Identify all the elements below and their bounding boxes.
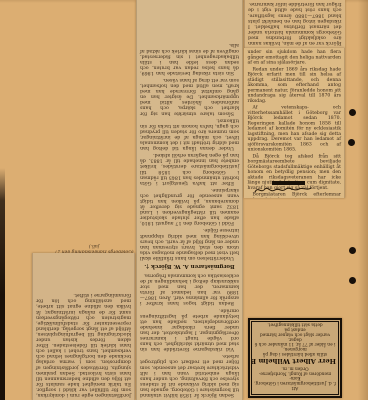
- notice-line: varder slägt och vänner härmed endast på: [254, 327, 336, 337]
- paragraph: Vid riksdagarne företrädde han sin stad …: [140, 308, 239, 352]
- paragraph: Björck var en af de män, hvilkas namn är…: [248, 2, 342, 46]
- ink-dot: [349, 109, 356, 116]
- scrapbook-page: Sedan Björck år 1858 blifvit utnämnd til…: [0, 0, 368, 400]
- death-notice-box: Att f. d. Justitieborgmästaren i Götebor…: [248, 318, 342, 398]
- paragraph: Redan tidigt togos hans krafter i ansprå…: [140, 273, 239, 306]
- clipping-left-column: Jordfästningen egde rum i domkyrkan, som…: [32, 253, 135, 400]
- paragraph: Under denna långa tid deltog han med ald…: [140, 118, 239, 151]
- paragraph: Född i Göteborg den 17 augusti 1810, afl…: [140, 187, 239, 226]
- death-notice-inner-frame: Att f. d. Justitieborgmästaren i Götebor…: [251, 321, 339, 395]
- notice-line: detta sätt tillkännagifvet.: [254, 322, 336, 327]
- notice-line: mendören af Kungl. Nordstjerne-Orden m. …: [254, 366, 336, 376]
- notice-line: Göteborg den 24 Juli 1888.: [254, 321, 336, 322]
- paragraph: Sin sista riksdag bevistade han 1869, då…: [140, 43, 239, 76]
- notice-line: f. d. Justitieborgmästaren i Göteborg, K…: [254, 375, 336, 385]
- paragraph: Af vetenskaps- och vitterhetssamhället i…: [248, 105, 342, 152]
- deceased-name: Herr Albert Wilhelm Björck: [254, 357, 336, 365]
- clipping-middle-column: Sedan Björck år 1858 blifvit utnämnd til…: [136, 0, 243, 400]
- clipping-obituary-text: under sin sjukdom hade han flera gånger …: [244, 48, 345, 198]
- rotated-wrapper: Att f. d. Justitieborgmästaren i Götebor…: [252, 322, 338, 394]
- article-heading: Borgmästaren A. W. Björck †.: [140, 263, 239, 269]
- paragraph: Jordfästningen egde rum i domkyrkan, som…: [36, 293, 131, 398]
- clipping-left-text: Jordfästningen egde rum i domkyrkan, som…: [32, 253, 135, 400]
- clipping-right-top-text: Björck var en af de män, hvilkas namn är…: [244, 0, 345, 48]
- notice-line: i en ålder af 77 år, 11 månader och 6 da…: [254, 336, 336, 346]
- clipping-obituary-readable: under sin sjukdom hade han flera gånger …: [244, 48, 345, 198]
- rotated-wrapper: Björck var en af de män, hvilkas namn är…: [244, 0, 345, 48]
- paragraph: under sin sjukdom hade han flera gånger …: [248, 50, 342, 66]
- ink-dot: [349, 277, 356, 284]
- ink-dot: [349, 247, 356, 254]
- clipping-middle-text: Sedan Björck år 1858 blifvit utnämnd til…: [136, 0, 243, 400]
- page-right-edge-shade: [358, 0, 368, 400]
- paragraph: Såsom talare utmärkte han sig för klarhe…: [140, 77, 239, 116]
- ink-dot: [348, 139, 355, 146]
- paragraph: Efter att hafva tjenstgjort i Göta hofrä…: [140, 153, 239, 186]
- page-spine-edge: [0, 168, 5, 400]
- clipping-right-top-fragment: Björck var en af de män, hvilkas namn är…: [244, 0, 345, 48]
- paragraph: Redan under 1869 års riksdag hade Björck…: [248, 67, 342, 104]
- handwritten-signature: [252, 184, 314, 196]
- notice-line: stilla afled härstädes i dag på morgonen…: [254, 346, 336, 356]
- paragraph: Sedan Björck år 1858 blifvit utnämnd til…: [140, 354, 239, 398]
- death-notice-text: Att f. d. Justitieborgmästaren i Götebor…: [252, 322, 338, 394]
- paragraph: Underrättelsen om hans frånfälle skall h…: [140, 228, 239, 261]
- notice-line: Att: [254, 385, 336, 390]
- rotated-wrapper: Jordfästningen egde rum i domkyrkan, som…: [32, 253, 135, 400]
- rotated-wrapper: Sedan Björck år 1858 blifvit utnämnd til…: [136, 0, 243, 400]
